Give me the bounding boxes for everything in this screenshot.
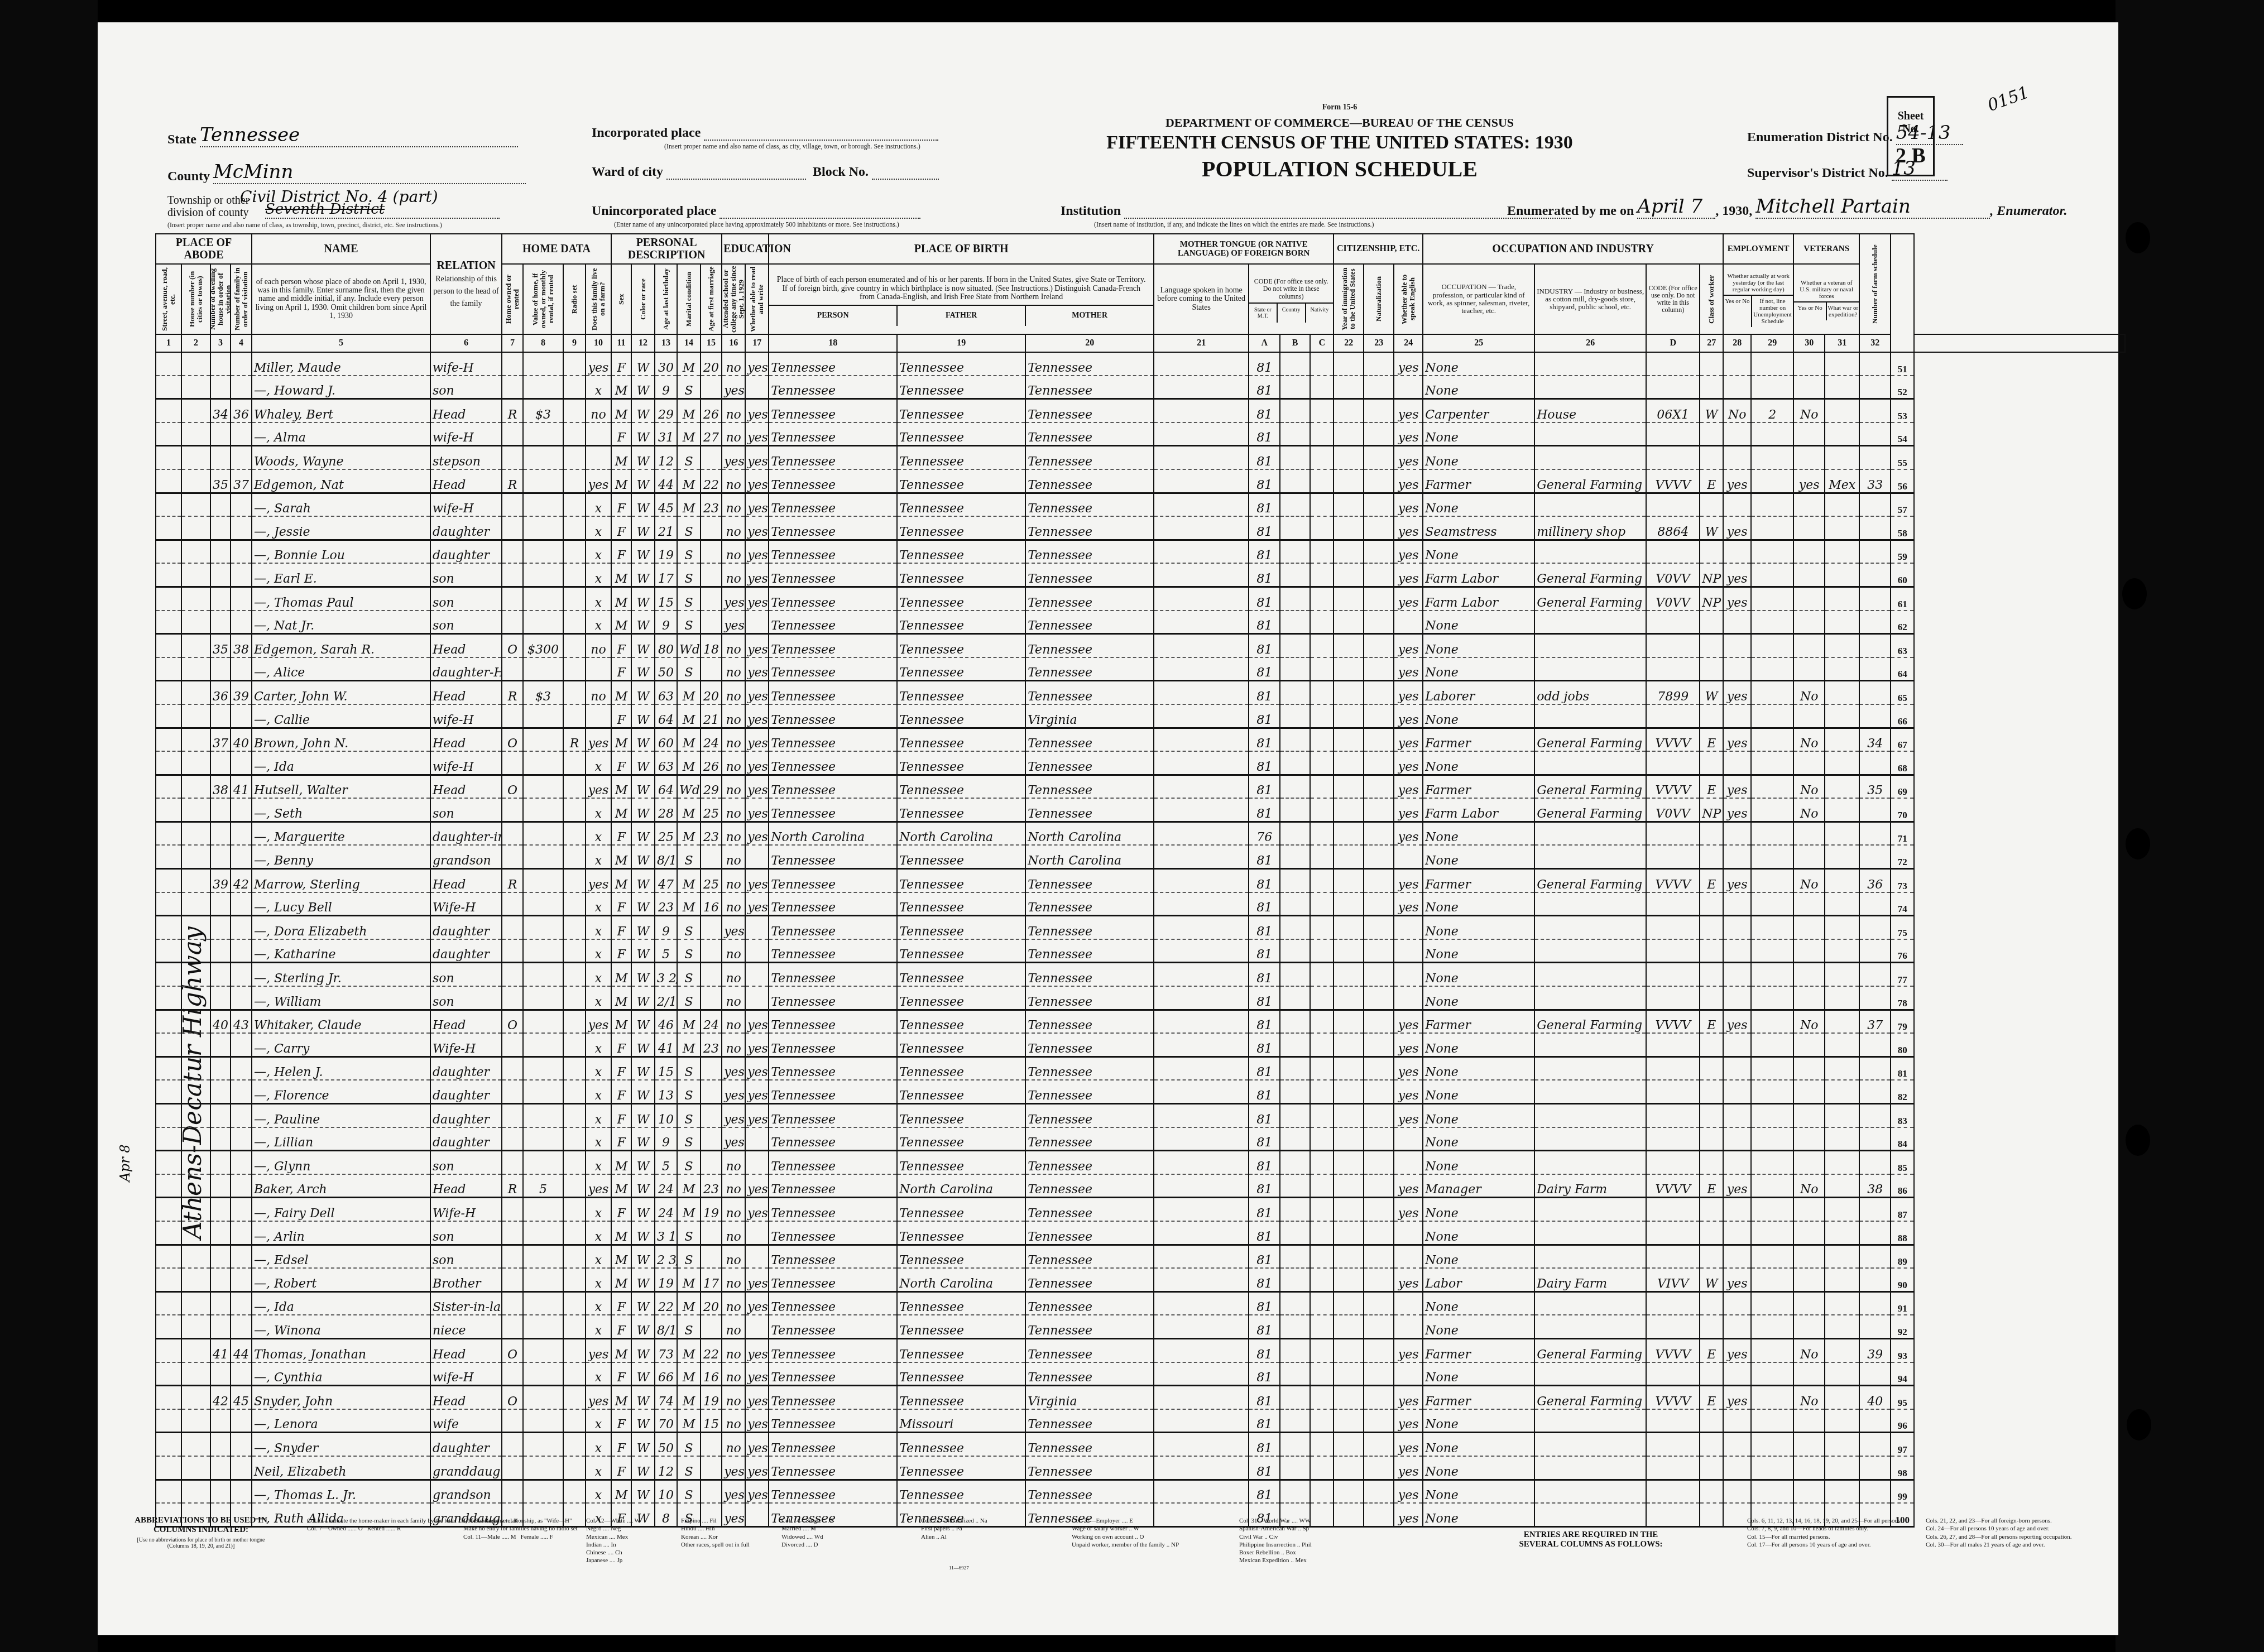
cell-english: yes xyxy=(1394,1104,1423,1127)
cell-value xyxy=(523,657,563,681)
cell-class xyxy=(1700,822,1723,845)
cell-school: no xyxy=(722,352,745,376)
cell-age-marriage: 19 xyxy=(701,1198,722,1221)
cell-codeB xyxy=(1280,1151,1310,1174)
cell-unemp xyxy=(1751,1456,1793,1480)
cell-industry xyxy=(1534,751,1646,775)
cell-bp-person: Tennessee xyxy=(769,798,897,822)
cell-industry xyxy=(1534,1409,1646,1433)
cell-marital: S xyxy=(677,1315,701,1338)
group-employment: EMPLOYMENT xyxy=(1723,234,1793,264)
cell-value: 5 xyxy=(523,1174,563,1198)
cell-bp-person: Tennessee xyxy=(769,611,897,634)
cell-race: W xyxy=(631,986,655,1010)
cell-vet: No xyxy=(1793,798,1825,822)
cell-name: —, Dora Elizabeth xyxy=(252,916,430,939)
cell-street xyxy=(156,657,181,681)
cell-school: no xyxy=(722,1221,745,1245)
cell-read: yes xyxy=(745,1338,769,1362)
column-number: 2 xyxy=(181,334,210,352)
cell-sex: F xyxy=(611,352,631,376)
cell-codeA: 81 xyxy=(1249,1221,1280,1245)
cell-bp-mother: Tennessee xyxy=(1025,751,1154,775)
cell-codeB xyxy=(1280,1127,1310,1151)
cell-bp-person: Tennessee xyxy=(769,963,897,986)
cell-street xyxy=(156,1033,181,1056)
cell-unemp xyxy=(1751,1010,1793,1033)
cell-war xyxy=(1825,399,1859,422)
cell-family: 37 xyxy=(231,469,252,493)
cell-natur xyxy=(1364,1456,1394,1480)
cell-family: 43 xyxy=(231,1010,252,1033)
cell-occupation: None xyxy=(1423,845,1534,868)
cell-read: yes xyxy=(745,1362,769,1386)
cell-farm-sched xyxy=(1859,963,1891,986)
cell-farm-sched: 38 xyxy=(1859,1174,1891,1198)
cell-farm: yes xyxy=(586,1386,611,1409)
cell-sex: M xyxy=(611,1221,631,1245)
cell-class: E xyxy=(1700,1338,1723,1362)
cell-farm: x xyxy=(586,1127,611,1151)
cell-english xyxy=(1394,376,1423,399)
cell-school: yes xyxy=(722,1480,745,1503)
cell-codeC xyxy=(1310,540,1334,563)
cell-owned xyxy=(502,1104,523,1127)
cell-work xyxy=(1723,1198,1751,1221)
cell-vet xyxy=(1793,563,1825,587)
cell-age: 24 xyxy=(655,1198,677,1221)
cell-work xyxy=(1723,634,1751,657)
cell-farm xyxy=(586,446,611,469)
cell-race: W xyxy=(631,446,655,469)
cell-school: yes xyxy=(722,916,745,939)
cell-bp-father: Tennessee xyxy=(897,1386,1025,1409)
cell-house xyxy=(181,563,210,587)
sheet-number-box: Sheet No. 2 B xyxy=(1887,96,1935,176)
cell-school: no xyxy=(722,540,745,563)
cell-industry: General Farming xyxy=(1534,563,1646,587)
cell-value xyxy=(523,469,563,493)
group-relation: RELATIONRelationship of this person to t… xyxy=(430,234,502,334)
cell-bp-person: Tennessee xyxy=(769,845,897,868)
cell-immig xyxy=(1334,1480,1364,1503)
cell-age: 47 xyxy=(655,869,677,892)
cell-owned xyxy=(502,422,523,446)
cell-war xyxy=(1825,1409,1859,1433)
cell-farm-sched xyxy=(1859,1080,1891,1103)
cell-farm-sched xyxy=(1859,587,1891,610)
cell-radio xyxy=(563,681,586,704)
cell-age: 63 xyxy=(655,681,677,704)
cell-house xyxy=(181,1151,210,1174)
table-row: Miller, Maudewife-HyesFW30M20noyesTennes… xyxy=(156,352,2125,376)
cell-value xyxy=(523,587,563,610)
cell-natur xyxy=(1364,963,1394,986)
cell-farm-sched xyxy=(1859,1033,1891,1056)
cell-owned: O xyxy=(502,1338,523,1362)
cell-owned xyxy=(502,1433,523,1456)
cell-war xyxy=(1825,1480,1859,1503)
cell-english xyxy=(1394,1291,1423,1315)
table-row: 4144Thomas, JonathanHeadOyesMW73M22noyes… xyxy=(156,1338,2125,1362)
cell-relation: Brother xyxy=(430,1268,502,1291)
cell-occupation: Carpenter xyxy=(1423,399,1534,422)
cell-sex: F xyxy=(611,1315,631,1338)
cell-line: 65 xyxy=(1891,681,1914,704)
table-row: —, IdaSister-in-lawxFW22M20noyesTennesse… xyxy=(156,1291,2125,1315)
cell-house xyxy=(181,399,210,422)
cell-codeA: 81 xyxy=(1249,469,1280,493)
cell-work: yes xyxy=(1723,1386,1751,1409)
cell-war xyxy=(1825,1174,1859,1198)
cell-line: 89 xyxy=(1891,1245,1914,1268)
cell-line: 76 xyxy=(1891,939,1914,963)
cell-radio xyxy=(563,916,586,939)
cell-value xyxy=(523,1245,563,1268)
cell-relation: wife-H xyxy=(430,493,502,516)
cell-school: no xyxy=(722,892,745,916)
cell-read: yes xyxy=(745,1480,769,1503)
cell-unemp xyxy=(1751,1033,1793,1056)
cell-street xyxy=(156,728,181,751)
cell-vet: No xyxy=(1793,1338,1825,1362)
cell-family xyxy=(231,1362,252,1386)
cell-street xyxy=(156,916,181,939)
cell-line: 70 xyxy=(1891,798,1914,822)
cell-value xyxy=(523,1033,563,1056)
cell-name: Thomas, Jonathan xyxy=(252,1338,430,1362)
cell-codeC xyxy=(1310,1268,1334,1291)
cell-codeC xyxy=(1310,892,1334,916)
cell-war xyxy=(1825,376,1859,399)
cell-class xyxy=(1700,611,1723,634)
cell-war xyxy=(1825,1080,1859,1103)
cell-street xyxy=(156,540,181,563)
cell-read: yes xyxy=(745,1433,769,1456)
cell-bp-father: Tennessee xyxy=(897,1080,1025,1103)
cell-bp-father: North Carolina xyxy=(897,1268,1025,1291)
cell-work xyxy=(1723,1456,1751,1480)
cell-bp-person: Tennessee xyxy=(769,1456,897,1480)
cell-natur xyxy=(1364,1104,1394,1127)
cell-bp-person: North Carolina xyxy=(769,822,897,845)
column-number: 10 xyxy=(586,334,611,352)
cell-family xyxy=(231,822,252,845)
cell-race: W xyxy=(631,1362,655,1386)
cell-house xyxy=(181,963,210,986)
cell-farm: x xyxy=(586,516,611,540)
cell-bp-father: Tennessee xyxy=(897,1362,1025,1386)
cell-house xyxy=(181,728,210,751)
table-row: —, Earl E.sonxMW17SnoyesTennesseeTenness… xyxy=(156,563,2125,587)
cell-name: —, Bonnie Lou xyxy=(252,540,430,563)
cell-war xyxy=(1825,1221,1859,1245)
cell-school: no xyxy=(722,634,745,657)
cell-english: yes xyxy=(1394,469,1423,493)
cell-lang xyxy=(1154,1315,1249,1338)
cell-house xyxy=(181,634,210,657)
cell-farm-sched xyxy=(1859,798,1891,822)
cell-dwelling: 39 xyxy=(210,869,231,892)
cell-industry xyxy=(1534,1127,1646,1151)
cell-relation: Head xyxy=(430,469,502,493)
cell-industry: House xyxy=(1534,399,1646,422)
cell-bp-person: Tennessee xyxy=(769,1127,897,1151)
cell-relation: Head xyxy=(430,869,502,892)
cell-occupation: None xyxy=(1423,352,1534,376)
cell-bp-person: Tennessee xyxy=(769,493,897,516)
cell-bp-mother: Tennessee xyxy=(1025,1268,1154,1291)
cell-family xyxy=(231,1033,252,1056)
cell-farm: x xyxy=(586,1291,611,1315)
cell-codeB xyxy=(1280,963,1310,986)
cell-race: W xyxy=(631,751,655,775)
cell-bp-mother: Virginia xyxy=(1025,1386,1154,1409)
cell-radio xyxy=(563,1221,586,1245)
cell-name: —, Howard J. xyxy=(252,376,430,399)
cell-english: yes xyxy=(1394,634,1423,657)
cell-immig xyxy=(1334,1433,1364,1456)
cell-farm-sched: 39 xyxy=(1859,1338,1891,1362)
cell-school: no xyxy=(722,1409,745,1433)
table-row: 4245Snyder, JohnHeadOyesMW74M19noyesTenn… xyxy=(156,1386,2125,1409)
cell-code xyxy=(1646,1104,1700,1127)
cell-house xyxy=(181,1127,210,1151)
column-number: 24 xyxy=(1394,334,1423,352)
cell-line: 98 xyxy=(1891,1456,1914,1480)
cell-family xyxy=(231,1104,252,1127)
cell-codeC xyxy=(1310,587,1334,610)
cell-lang xyxy=(1154,775,1249,798)
cell-codeA: 81 xyxy=(1249,516,1280,540)
cell-farm: yes xyxy=(586,869,611,892)
cell-radio xyxy=(563,1245,586,1268)
cell-radio xyxy=(563,1198,586,1221)
cell-farm-sched xyxy=(1859,892,1891,916)
cell-bp-mother: Tennessee xyxy=(1025,1174,1154,1198)
cell-codeC xyxy=(1310,352,1334,376)
group-citizenship: CITIZENSHIP, ETC. xyxy=(1334,234,1423,264)
cell-code xyxy=(1646,634,1700,657)
cell-farm-sched xyxy=(1859,657,1891,681)
cell-family xyxy=(231,845,252,868)
cell-read: yes xyxy=(745,1456,769,1480)
cell-street xyxy=(156,1315,181,1338)
cell-family xyxy=(231,1245,252,1268)
cell-dwelling xyxy=(210,1245,231,1268)
cell-owned xyxy=(502,1033,523,1056)
cell-farm: yes xyxy=(586,1338,611,1362)
cell-street xyxy=(156,704,181,728)
cell-farm-sched: 34 xyxy=(1859,728,1891,751)
cell-codeC xyxy=(1310,1433,1334,1456)
cell-work: No xyxy=(1723,399,1751,422)
cell-codeB xyxy=(1280,1315,1310,1338)
cell-line: 92 xyxy=(1891,1315,1914,1338)
cell-codeC xyxy=(1310,1174,1334,1198)
table-row: —, WinonaniecexFW8/12SnoTennesseeTenness… xyxy=(156,1315,2125,1338)
cell-dwelling xyxy=(210,352,231,376)
header-c3: Number of dwelling house in order of vis… xyxy=(210,264,231,334)
cell-bp-father: Tennessee xyxy=(897,892,1025,916)
column-number: 16 xyxy=(722,334,745,352)
column-number: 32 xyxy=(1859,334,1891,352)
table-row: —, Idawife-HxFW63M26noyesTennesseeTennes… xyxy=(156,751,2125,775)
cell-code xyxy=(1646,1315,1700,1338)
cell-natur xyxy=(1364,469,1394,493)
cell-farm-sched xyxy=(1859,376,1891,399)
cell-house xyxy=(181,1174,210,1198)
cell-relation: son xyxy=(430,376,502,399)
cell-street xyxy=(156,376,181,399)
cell-codeA: 81 xyxy=(1249,1033,1280,1056)
cell-race: W xyxy=(631,1221,655,1245)
cell-street xyxy=(156,399,181,422)
cell-code xyxy=(1646,1221,1700,1245)
cell-age-marriage: 20 xyxy=(701,1291,722,1315)
cell-work xyxy=(1723,1104,1751,1127)
cell-work xyxy=(1723,939,1751,963)
cell-street xyxy=(156,822,181,845)
header-c13: Age at last birthday xyxy=(655,264,677,334)
cell-street xyxy=(156,1386,181,1409)
cell-farm-sched: 33 xyxy=(1859,469,1891,493)
cell-bp-mother: Tennessee xyxy=(1025,493,1154,516)
cell-class xyxy=(1700,1104,1723,1127)
cell-codeA: 81 xyxy=(1249,1291,1280,1315)
form-title-block: Form 15-6 DEPARTMENT OF COMMERCE—BUREAU … xyxy=(1061,103,1619,182)
cell-age: 31 xyxy=(655,422,677,446)
cell-sex: M xyxy=(611,1386,631,1409)
cell-vet xyxy=(1793,1362,1825,1386)
cell-code xyxy=(1646,376,1700,399)
cell-age: 80 xyxy=(655,634,677,657)
cell-codeC xyxy=(1310,1245,1334,1268)
cell-bp-mother: Tennessee xyxy=(1025,798,1154,822)
cell-family xyxy=(231,446,252,469)
cell-family xyxy=(231,1056,252,1080)
cell-marital: M xyxy=(677,798,701,822)
cell-marital: M xyxy=(677,493,701,516)
column-number: 27 xyxy=(1700,334,1723,352)
cell-immig xyxy=(1334,422,1364,446)
cell-owned xyxy=(502,1198,523,1221)
cell-lang xyxy=(1154,798,1249,822)
cell-class xyxy=(1700,986,1723,1010)
cell-age-marriage: 20 xyxy=(701,681,722,704)
cell-value xyxy=(523,1409,563,1433)
cell-bp-mother: North Carolina xyxy=(1025,822,1154,845)
cell-school: no xyxy=(722,1151,745,1174)
cell-marital: M xyxy=(677,728,701,751)
cell-house xyxy=(181,1315,210,1338)
cell-age-marriage xyxy=(701,540,722,563)
cell-immig xyxy=(1334,1056,1364,1080)
cell-bp-mother: Tennessee xyxy=(1025,986,1154,1010)
cell-line: 58 xyxy=(1891,516,1914,540)
printer-mark: 11—6927 xyxy=(949,1565,969,1572)
cell-owned xyxy=(502,1456,523,1480)
cell-race: W xyxy=(631,681,655,704)
cell-unemp xyxy=(1751,986,1793,1010)
cell-school: yes xyxy=(722,587,745,610)
cell-codeC xyxy=(1310,775,1334,798)
cell-codeC xyxy=(1310,751,1334,775)
cell-bp-father: North Carolina xyxy=(897,822,1025,845)
cell-farm: x xyxy=(586,1409,611,1433)
cell-age-marriage xyxy=(701,1456,722,1480)
cell-house xyxy=(181,1268,210,1291)
cell-line: 77 xyxy=(1891,963,1914,986)
cell-bp-mother: Tennessee xyxy=(1025,775,1154,798)
cell-relation: son xyxy=(430,587,502,610)
cell-family xyxy=(231,493,252,516)
cell-owned: R xyxy=(502,399,523,422)
table-row: —, SethsonxMW28M25noyesTennesseeTennesse… xyxy=(156,798,2125,822)
cell-code xyxy=(1646,963,1700,986)
cell-read: yes xyxy=(745,1386,769,1409)
cell-lang xyxy=(1154,611,1249,634)
table-row: —, Alicedaughter-HFW50SnoyesTennesseeTen… xyxy=(156,657,2125,681)
cell-codeA: 81 xyxy=(1249,657,1280,681)
cell-class xyxy=(1700,657,1723,681)
cell-house xyxy=(181,1386,210,1409)
cell-bp-mother: Tennessee xyxy=(1025,916,1154,939)
cell-farm: x xyxy=(586,1433,611,1456)
cell-line: 66 xyxy=(1891,704,1914,728)
cell-relation: wife-H xyxy=(430,704,502,728)
cell-bp-mother: Tennessee xyxy=(1025,728,1154,751)
cell-read: yes xyxy=(745,540,769,563)
cell-house xyxy=(181,611,210,634)
column-number: D xyxy=(1646,334,1700,352)
cell-class xyxy=(1700,892,1723,916)
cell-radio xyxy=(563,422,586,446)
cell-farm-sched xyxy=(1859,1127,1891,1151)
cell-dwelling xyxy=(210,892,231,916)
cell-dwelling xyxy=(210,1198,231,1221)
cell-unemp xyxy=(1751,845,1793,868)
cell-work: yes xyxy=(1723,869,1751,892)
cell-unemp xyxy=(1751,1480,1793,1503)
cell-value xyxy=(523,1104,563,1127)
cell-school: yes xyxy=(722,1080,745,1103)
cell-unemp xyxy=(1751,1080,1793,1103)
cell-bp-person: Tennessee xyxy=(769,563,897,587)
cell-farm: x xyxy=(586,540,611,563)
cell-relation: Head xyxy=(430,634,502,657)
cell-war xyxy=(1825,587,1859,610)
cell-codeB xyxy=(1280,1104,1310,1127)
cell-sex: F xyxy=(611,1104,631,1127)
cell-street xyxy=(156,1409,181,1433)
cell-lang xyxy=(1154,1221,1249,1245)
cell-work: yes xyxy=(1723,1010,1751,1033)
cell-marital: S xyxy=(677,939,701,963)
cell-name: —, Ida xyxy=(252,751,430,775)
cell-line: 54 xyxy=(1891,422,1914,446)
cell-codeA: 81 xyxy=(1249,681,1280,704)
cell-radio xyxy=(563,1010,586,1033)
cell-lang xyxy=(1154,1291,1249,1315)
cell-race: W xyxy=(631,422,655,446)
cell-relation: son xyxy=(430,1151,502,1174)
cell-work xyxy=(1723,892,1751,916)
cell-class: NP xyxy=(1700,563,1723,587)
table-row: —, ArlinsonxMW3 10/12SnoTennesseeTenness… xyxy=(156,1221,2125,1245)
cell-english: yes xyxy=(1394,563,1423,587)
cell-code xyxy=(1646,1080,1700,1103)
